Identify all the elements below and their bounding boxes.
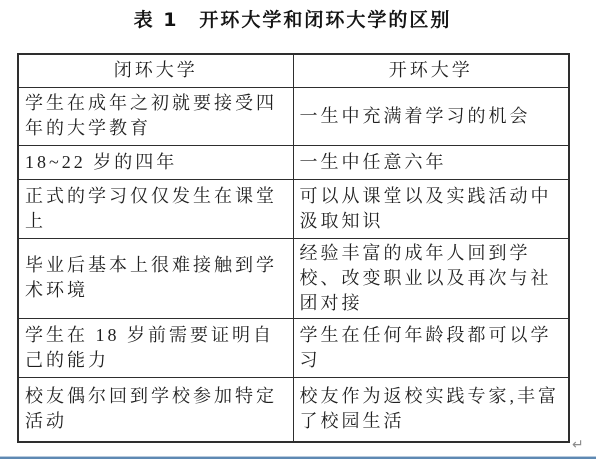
- table-cell: 正式的学习仅仅发生在课堂上: [18, 179, 293, 238]
- table-cell: 可以从课堂以及实践活动中汲取知识: [293, 179, 569, 238]
- table-caption: 表 1 开环大学和闭环大学的区别: [17, 5, 568, 32]
- comparison-table: 闭环大学 开环大学 学生在成年之初就要接受四年的大学教育 一生中充满着学习的机会…: [17, 53, 570, 443]
- table-cell: 毕业后基本上很难接触到学术环境: [18, 238, 293, 318]
- table-cell: 18~22 岁的四年: [18, 145, 293, 179]
- table-row: 正式的学习仅仅发生在课堂上 可以从课堂以及实践活动中汲取知识: [18, 179, 569, 238]
- table-cell: 一生中任意六年: [293, 145, 569, 179]
- table-cell: 一生中充满着学习的机会: [293, 87, 569, 145]
- table-row: 学生在成年之初就要接受四年的大学教育 一生中充满着学习的机会: [18, 87, 569, 145]
- table-header-row: 闭环大学 开环大学: [18, 54, 569, 87]
- table-row: 学生在 18 岁前需要证明自己的能力 学生在任何年龄段都可以学习: [18, 318, 569, 377]
- table-cell: 经验丰富的成年人回到学校、改变职业以及再次与社团对接: [293, 238, 569, 318]
- bottom-divider: [0, 456, 596, 459]
- table-row: 毕业后基本上很难接触到学术环境 经验丰富的成年人回到学校、改变职业以及再次与社团…: [18, 238, 569, 318]
- header-open-loop-university: 开环大学: [293, 54, 569, 87]
- table-cell: 学生在 18 岁前需要证明自己的能力: [18, 318, 293, 377]
- table-row: 18~22 岁的四年 一生中任意六年: [18, 145, 569, 179]
- table-row: 校友偶尔回到学校参加特定活动 校友作为返校实践专家,丰富了校园生活: [18, 377, 569, 442]
- table-cell: 校友作为返校实践专家,丰富了校园生活: [293, 377, 569, 442]
- table-cell: 学生在成年之初就要接受四年的大学教育: [18, 87, 293, 145]
- header-closed-loop-university: 闭环大学: [18, 54, 293, 87]
- table-cell: 校友偶尔回到学校参加特定活动: [18, 377, 293, 442]
- paragraph-return-icon: ↵: [572, 437, 584, 453]
- table-cell: 学生在任何年龄段都可以学习: [293, 318, 569, 377]
